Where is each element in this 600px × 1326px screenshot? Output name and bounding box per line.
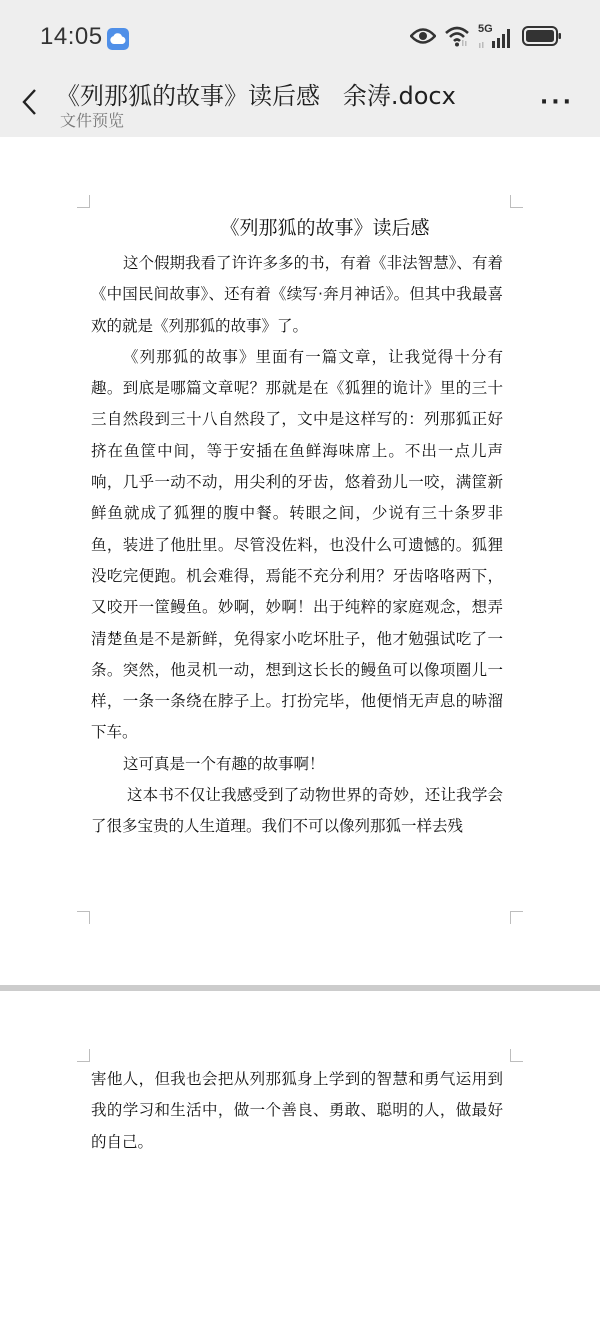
more-horizontal-icon: ···	[540, 90, 574, 115]
margin-corner-top-right	[510, 1049, 523, 1062]
nav-bar: 《列那狐的故事》读后感 余涛.docx 文件预览 ···	[0, 76, 600, 137]
battery-icon	[522, 26, 562, 50]
chevron-left-icon	[16, 84, 44, 120]
margin-corner-top-left	[77, 195, 90, 208]
document-body-page2: 害他人，但我也会把从列那狐身上学到的智慧和勇气运用到我的学习和生活中，做一个善良…	[91, 1064, 503, 1158]
eye-icon	[410, 27, 436, 49]
margin-corner-bottom-left	[77, 911, 90, 924]
file-title: 《列那狐的故事》读后感 余涛.docx	[56, 76, 456, 111]
paragraph: 这可真是一个有趣的故事啊！	[91, 749, 503, 780]
back-button[interactable]	[16, 84, 44, 120]
file-subtitle: 文件预览	[60, 108, 124, 131]
margin-corner-top-right	[510, 195, 523, 208]
5g-signal-icon: 5G	[478, 26, 514, 50]
app-header: 14:05 5G 《列那狐的故事》读后感 余涛.docx 文件预览	[0, 0, 600, 137]
page-separator	[0, 985, 600, 991]
status-icons: 5G	[410, 24, 562, 52]
margin-corner-bottom-right	[510, 911, 523, 924]
paragraph: 《列那狐的故事》里面有一篇文章，让我觉得十分有趣。到底是哪篇文章呢？那就是在《狐…	[91, 342, 503, 749]
status-bar: 14:05 5G	[0, 0, 600, 76]
document-body-page1: 这个假期我看了许许多多的书，有着《非法智慧》、有着《中国民间故事》、还有着《续写…	[91, 248, 503, 843]
margin-corner-top-left	[77, 1049, 90, 1062]
paragraph: 这个假期我看了许许多多的书，有着《非法智慧》、有着《中国民间故事》、还有着《续写…	[91, 248, 503, 342]
cloud-icon	[107, 28, 129, 50]
status-time: 14:05	[40, 23, 103, 51]
more-options-button[interactable]: ···	[540, 90, 574, 115]
document-title: 《列那狐的故事》读后感	[0, 213, 600, 240]
wifi-icon	[444, 25, 470, 51]
paragraph: 这本书不仅让我感受到了动物世界的奇妙，还让我学会了很多宝贵的人生道理。我们不可以…	[91, 780, 503, 843]
paragraph: 害他人，但我也会把从列那狐身上学到的智慧和勇气运用到我的学习和生活中，做一个善良…	[91, 1064, 503, 1158]
